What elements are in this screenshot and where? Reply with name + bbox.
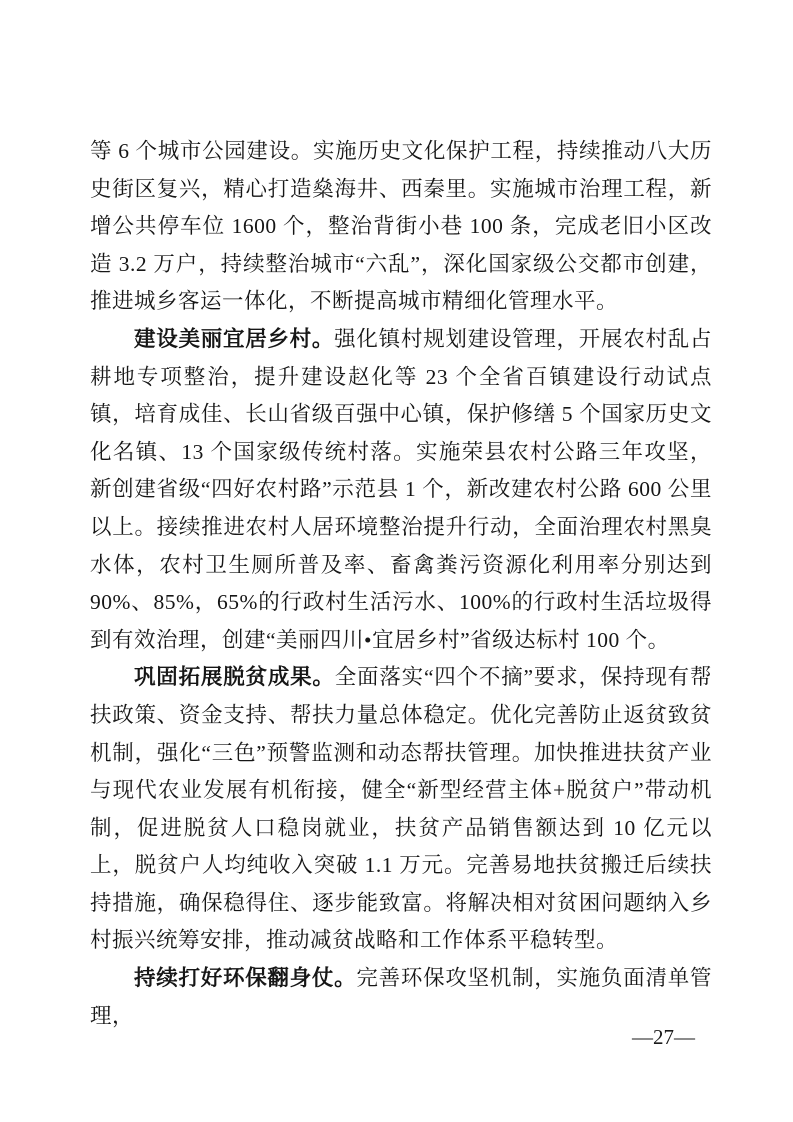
paragraph-rural-construction: 建设美丽宜居乡村。强化镇村规划建设管理，开展农村乱占耕地专项整治，提升建设赵化等… xyxy=(90,321,712,659)
paragraph-text: 等 6 个城市公园建设。实施历史文化保护工程，持续推动八大历史街区复兴，精心打造… xyxy=(90,139,712,313)
paragraph-text: 强化镇村规划建设管理，开展农村乱占耕地专项整治，提升建设赵化等 23 个全省百镇… xyxy=(90,327,712,652)
paragraph-environment: 持续打好环保翻身仗。完善环保攻坚机制，实施负面清单管理， xyxy=(90,960,712,1035)
paragraph-lead: 建设美丽宜居乡村。 xyxy=(134,327,334,351)
paragraph-continuation: 等 6 个城市公园建设。实施历史文化保护工程，持续推动八大历史街区复兴，精心打造… xyxy=(90,133,712,321)
paragraph-text: 全面落实“四个不摘”要求，保持现有帮扶政策、资金支持、帮扶力量总体稳定。优化完善… xyxy=(90,665,712,952)
page-number: —27— xyxy=(632,1024,695,1050)
paragraph-lead: 巩固拓展脱贫成果。 xyxy=(134,665,335,689)
paragraph-poverty-alleviation: 巩固拓展脱贫成果。全面落实“四个不摘”要求，保持现有帮扶政策、资金支持、帮扶力量… xyxy=(90,659,712,960)
body-text-block: 等 6 个城市公园建设。实施历史文化保护工程，持续推动八大历史街区复兴，精心打造… xyxy=(90,133,712,1035)
document-page: 等 6 个城市公园建设。实施历史文化保护工程，持续推动八大历史街区复兴，精心打造… xyxy=(0,0,793,1122)
paragraph-lead: 持续打好环保翻身仗。 xyxy=(134,966,356,990)
